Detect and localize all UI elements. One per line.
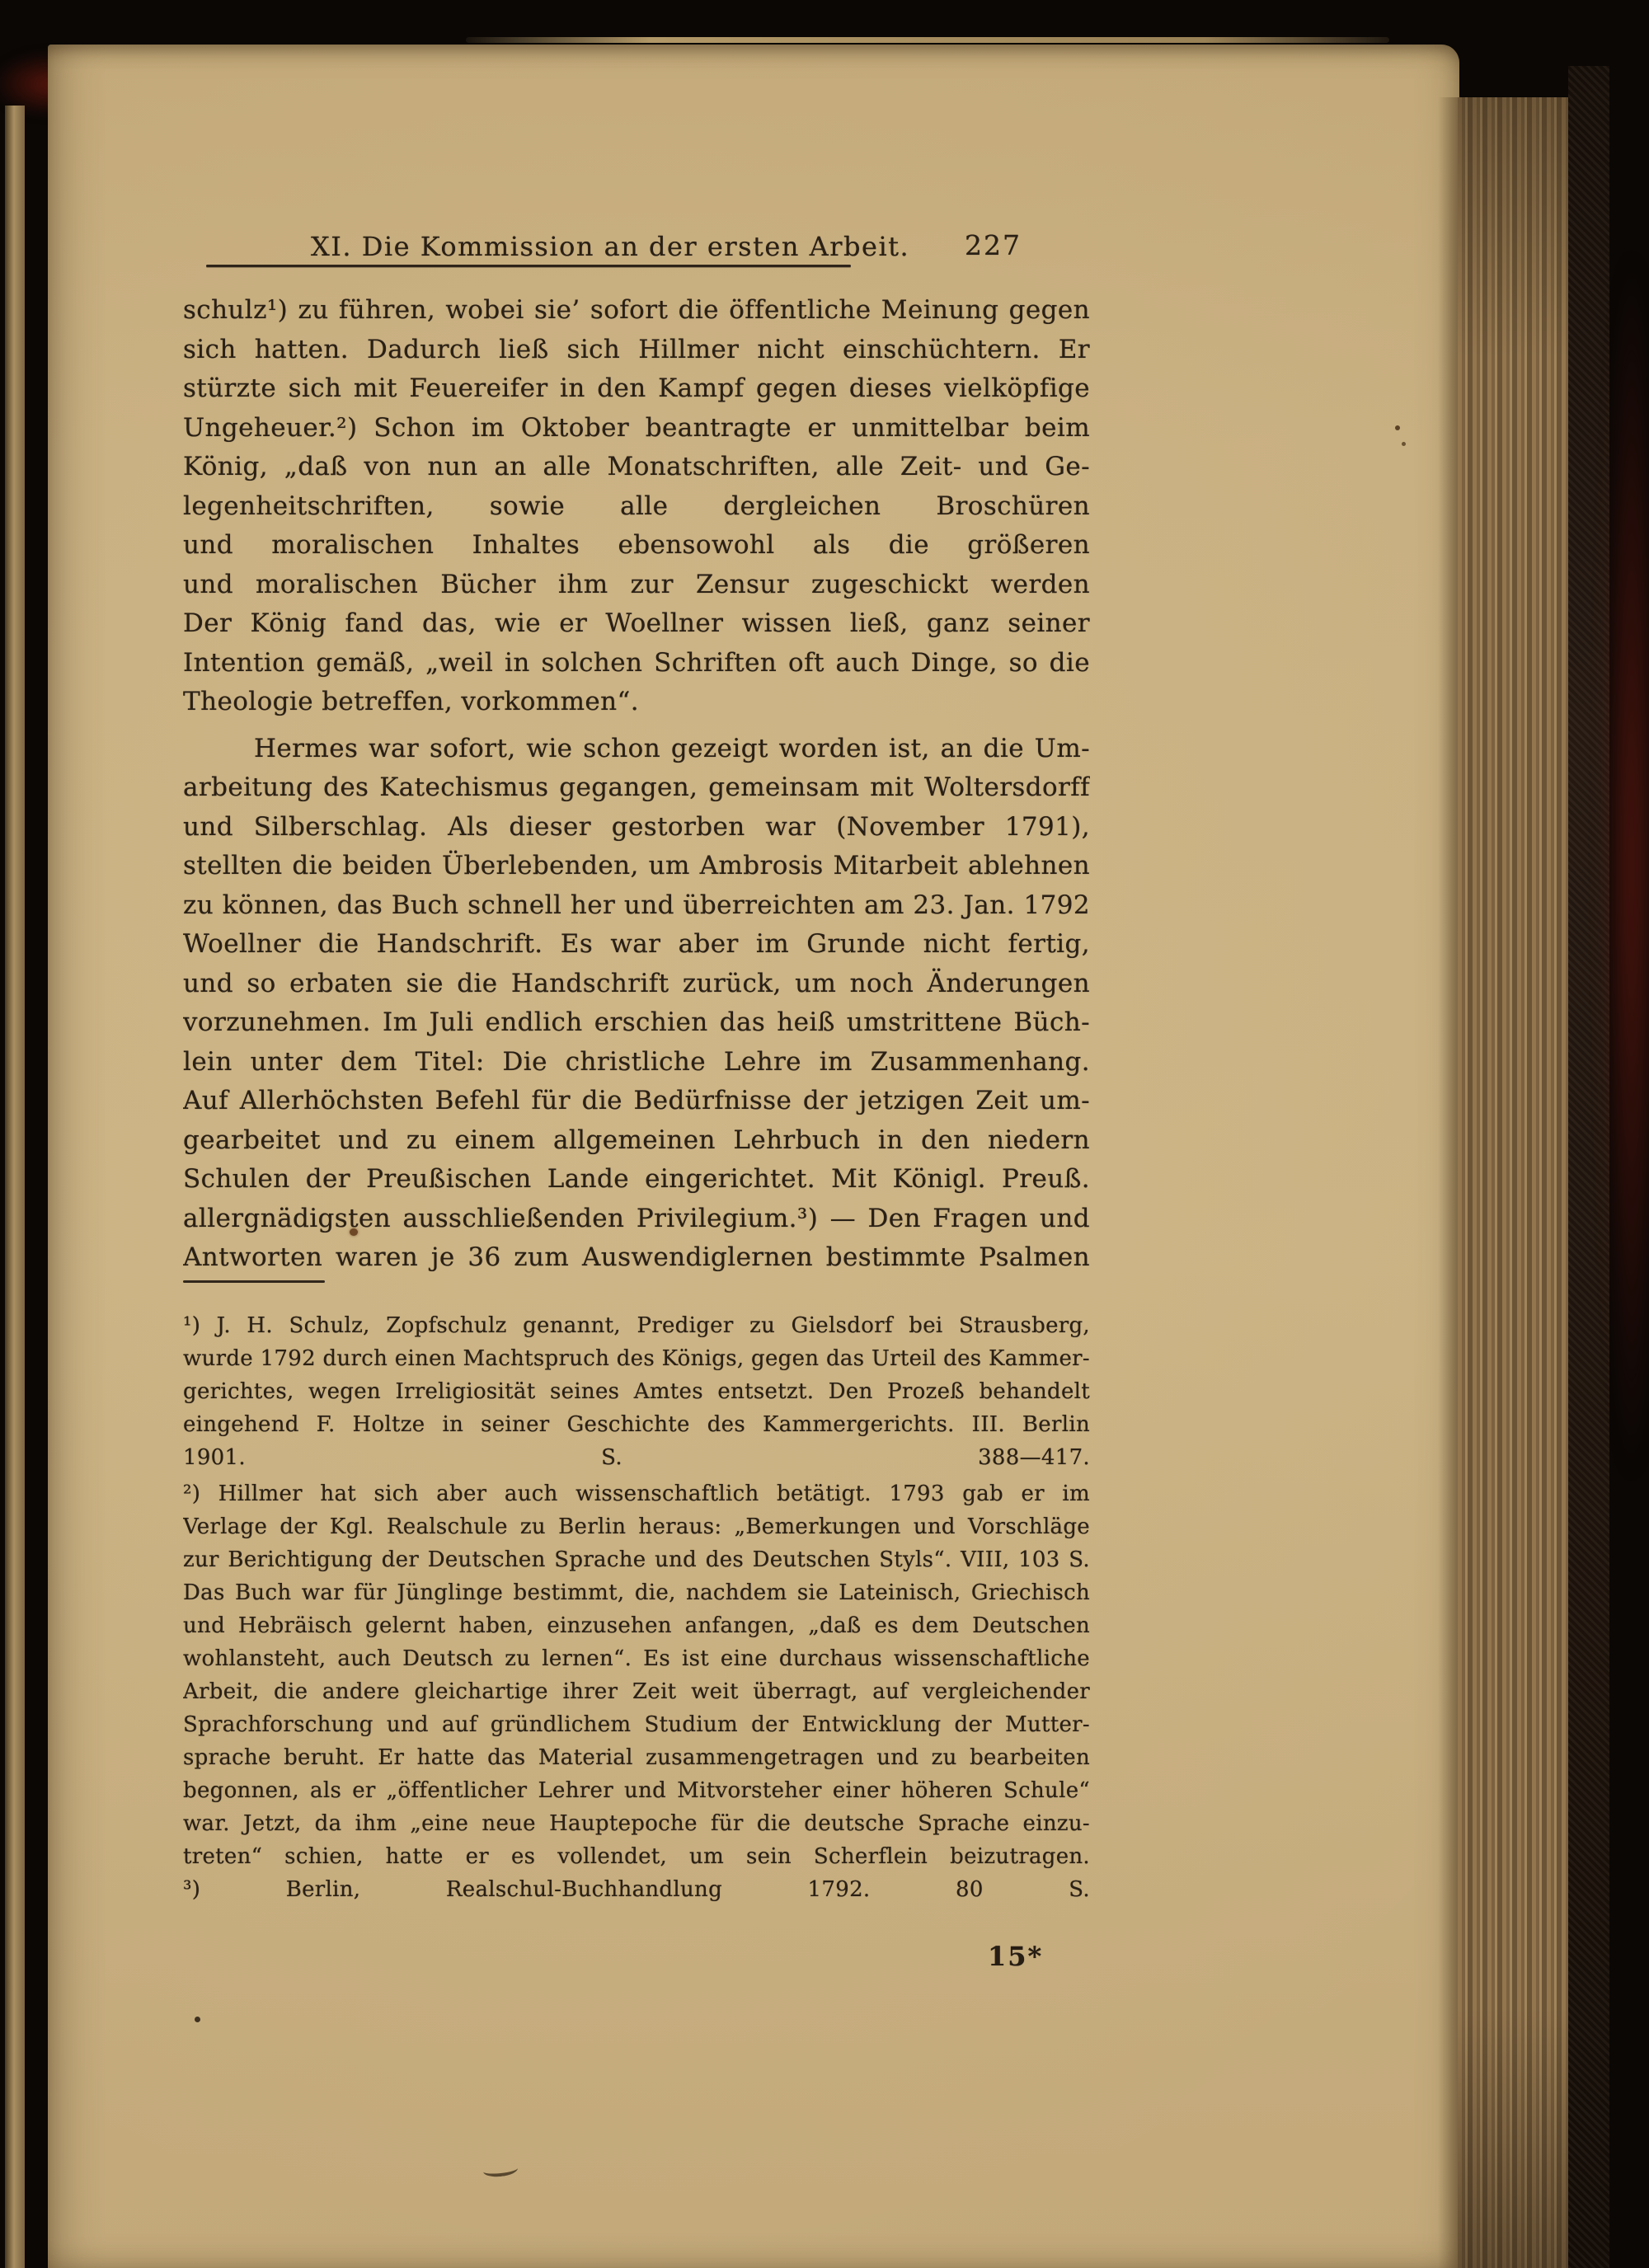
text-line: ²) Hillmer hat sich aber auch wissenscha… xyxy=(183,1477,1090,1510)
text-line: und moralischen Bücher ihm zur Zensur zu… xyxy=(183,566,1090,605)
paper-speck xyxy=(195,2017,200,2022)
paper-speck xyxy=(350,1228,358,1236)
text-line: gearbeitet und zu einem allgemeinen Lehr… xyxy=(183,1121,1090,1161)
text-line: arbeitung des Katechismus gegangen, geme… xyxy=(183,768,1090,808)
text-line: Auf Allerhöchsten Befehl für die Bedürfn… xyxy=(183,1082,1090,1121)
book-page: XI. Die Kommission an der ersten Arbeit.… xyxy=(48,45,1459,2268)
text-line: und moralischen Inhaltes ebensowohl als … xyxy=(183,526,1090,566)
text-line: vorzunehmen. Im Juli endlich erschien da… xyxy=(183,1003,1090,1043)
body-text: schulz¹) zu führen, wobei sie’ sofort di… xyxy=(183,291,1090,1278)
text-line: Der König fand das, wie er Woellner wiss… xyxy=(183,604,1090,644)
paragraph: Hermes war sofort, wie schon gezeigt wor… xyxy=(183,730,1090,1278)
text-line: Ungeheuer.²) Schon im Oktober beantragte… xyxy=(183,409,1090,448)
footnote-1: ¹) J. H. Schulz, Zopfschulz genannt, Pre… xyxy=(183,1309,1090,1474)
text-line: lein unter dem Titel: Die christliche Le… xyxy=(183,1043,1090,1082)
text-line: allergnädigsten ausschließenden Privileg… xyxy=(183,1200,1090,1239)
text-line: zur Berichtigung der Deutschen Sprache u… xyxy=(183,1543,1090,1576)
text-line: und Hebräisch gelernt haben, einzusehen … xyxy=(183,1609,1090,1642)
text-line: wurde 1792 durch einen Machtspruch des K… xyxy=(183,1342,1090,1375)
book-scan: XI. Die Kommission an der ersten Arbeit.… xyxy=(0,0,1649,2268)
text-line: Hermes war sofort, wie schon gezeigt wor… xyxy=(183,730,1090,769)
text-line: begonnen, als er „öffentlicher Lehrer un… xyxy=(183,1774,1090,1807)
text-line: schulz¹) zu führen, wobei sie’ sofort di… xyxy=(183,291,1090,331)
text-line: war. Jetzt, da ihm „eine neue Hauptepoch… xyxy=(183,1807,1090,1840)
paper-speck xyxy=(1395,425,1400,430)
text-line: 1901. S. 388—417. xyxy=(183,1441,1090,1474)
page-number: 227 xyxy=(965,229,1022,261)
text-line: gerichtes, wegen Irreligiosität seines A… xyxy=(183,1375,1090,1408)
text-line: Woellner die Handschrift. Es war aber im… xyxy=(183,925,1090,965)
text-line: König, „daß von nun an alle Monatschrift… xyxy=(183,448,1090,487)
paper-mark xyxy=(482,2162,518,2178)
paper-speck xyxy=(1402,442,1406,446)
text-line: stellten die beiden Überlebenden, um Amb… xyxy=(183,847,1090,886)
underlying-page-edge xyxy=(466,37,1389,43)
header-rule xyxy=(206,265,851,267)
text-line: Arbeit, die andere gleichartige ihrer Ze… xyxy=(183,1675,1090,1708)
paragraph: schulz¹) zu führen, wobei sie’ sofort di… xyxy=(183,291,1090,722)
text-line: ³) Berlin, Realschul-Buchhandlung 1792. … xyxy=(183,1873,1090,1906)
text-line: und Silberschlag. Als dieser gestorben w… xyxy=(183,808,1090,848)
text-line: wohlansteht, auch Deutsch zu lernen“. Es… xyxy=(183,1642,1090,1675)
text-line: zu können, das Buch schnell her und über… xyxy=(183,886,1090,926)
text-line: Antworten waren je 36 zum Auswendiglerne… xyxy=(183,1238,1090,1278)
text-line: stürzte sich mit Feuereifer in den Kampf… xyxy=(183,369,1090,409)
text-line: ¹) J. H. Schulz, Zopfschulz genannt, Pre… xyxy=(183,1309,1090,1342)
text-line: Verlage der Kgl. Realschule zu Berlin he… xyxy=(183,1510,1090,1543)
text-line: sprache beruht. Er hatte das Material zu… xyxy=(183,1741,1090,1774)
left-page-sliver xyxy=(5,106,25,2268)
text-line: legenheitschriften, sowie alle dergleich… xyxy=(183,487,1090,527)
text-line: sich hatten. Dadurch ließ sich Hillmer n… xyxy=(183,331,1090,370)
text-line: Sprachforschung und auf gründlichem Stud… xyxy=(183,1708,1090,1741)
text-line: Theologie betreffen, vorkommen“. xyxy=(183,683,1090,722)
text-line: und so erbaten sie die Handschrift zurüc… xyxy=(183,965,1090,1004)
book-fore-edge xyxy=(1458,97,1570,2268)
signature-mark: 15* xyxy=(988,1941,1043,1972)
footnote-3: ³) Berlin, Realschul-Buchhandlung 1792. … xyxy=(183,1873,1090,1906)
text-line: Schulen der Preußischen Lande eingericht… xyxy=(183,1160,1090,1200)
running-head-title: XI. Die Kommission an der ersten Arbeit. xyxy=(311,231,909,262)
footnote-rule xyxy=(183,1280,325,1283)
text-line: eingehend F. Holtze in seiner Geschichte… xyxy=(183,1408,1090,1441)
footnotes: ¹) J. H. Schulz, Zopfschulz genannt, Pre… xyxy=(183,1309,1090,1906)
text-line: Das Buch war für Jünglinge bestimmt, die… xyxy=(183,1576,1090,1609)
text-line: Intention gemäß, „weil in solchen Schrif… xyxy=(183,644,1090,683)
footnote-2: ²) Hillmer hat sich aber auch wissenscha… xyxy=(183,1477,1090,1873)
text-line: treten“ schien, hatte er es vollendet, u… xyxy=(183,1840,1090,1873)
book-cover-maroon-edge xyxy=(1603,247,1649,1484)
